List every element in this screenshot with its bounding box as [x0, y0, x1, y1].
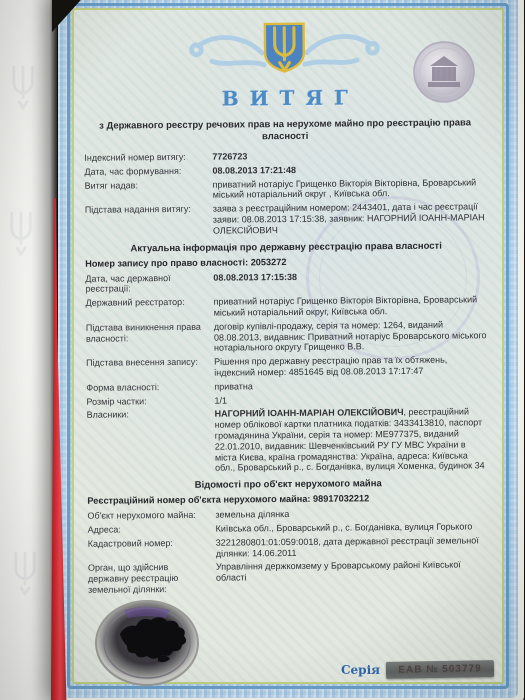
field-row-address: Адреса: Київська обл., Броварський р., с…	[88, 521, 490, 535]
field-row-property-object: Об'єкт нерухомого майна: земельна ділянк…	[87, 507, 489, 521]
watermark-trident-icon	[2, 62, 44, 110]
field-value: земельна ділянка	[215, 507, 489, 520]
field-value: 3221280801:01:059:0018, дата державної р…	[216, 535, 490, 559]
field-row-entry-basis: Підстава внесення запису: Рішення про де…	[86, 354, 488, 379]
field-value: приватний нотаріус Грищенко Вікторія Вік…	[213, 177, 487, 201]
field-row-formation-date: Дата, час формування: 08.08.2013 17:21:4…	[84, 163, 486, 177]
field-label: Підстава надання витягу:	[85, 204, 203, 237]
field-row-owners: Власники: НАГОРНИЙ ІОАНН-МАРІАН ОЛЕКСІЙО…	[87, 407, 490, 475]
field-value: Управління держкомзему у Броварському ра…	[216, 560, 490, 595]
field-label: Державний реєстратор:	[86, 297, 204, 320]
field-label: Орган, що здійснив державну реєстрацію з…	[88, 562, 206, 595]
field-label: Підстава виникнення права власності:	[86, 321, 204, 354]
series-foil-sticker: ЕАВ № 503779	[386, 660, 494, 679]
field-row-index-number: Індексний номер витягу: 7726723	[84, 149, 486, 163]
series-number-block: Серія ЕАВ № 503779	[341, 661, 494, 678]
field-label: Розмір частки:	[86, 395, 204, 407]
field-label: Кадастровий номер:	[88, 537, 206, 560]
field-row-cadastral-number: Кадастровий номер: 3221280801:01:059:001…	[88, 535, 490, 560]
field-row-share-size: Розмір частки: 1/1	[86, 393, 488, 407]
field-row-issued-by: Витяг надав: приватний нотаріус Грищенко…	[85, 177, 487, 202]
field-value: 1/1	[214, 393, 488, 406]
field-label: Адреса:	[88, 524, 206, 536]
photo-of-register-extract: ВИТЯГ з Державного реєстру речових прав …	[0, 0, 525, 700]
extract-document-page: ВИТЯГ з Державного реєстру речових прав …	[58, 0, 524, 700]
field-label: Форма власності:	[86, 381, 204, 393]
field-label: Індексний номер витягу:	[84, 152, 202, 164]
field-label: Витяг надав:	[85, 179, 203, 202]
field-value: Рішення про державну реєстрацію прав та …	[214, 354, 488, 378]
field-row-ownership-form: Форма власності: приватна	[86, 379, 488, 393]
field-value: НАГОРНИЙ ІОАНН-МАРІАН ОЛЕКСІЙОВИЧ, реєст…	[215, 407, 490, 474]
field-label: Підстава внесення запису:	[86, 357, 204, 380]
field-label: Дата, час формування:	[84, 166, 202, 178]
guilloche-border: ВИТЯГ з Державного реєстру речових прав …	[58, 0, 518, 698]
field-value: приватна	[214, 379, 488, 392]
section-header-property: Відомості про об'єкт нерухомого майна	[87, 477, 489, 492]
trident-emblem-icon	[179, 19, 390, 81]
document-subtitle: з Державного реєстру речових прав на нер…	[99, 117, 471, 144]
holographic-seal-icon	[412, 40, 476, 104]
field-label: Власники:	[87, 409, 206, 475]
field-value: 08.08.2013 17:21:48	[212, 163, 486, 176]
document-paper: ВИТЯГ з Державного реєстру речових прав …	[74, 10, 502, 682]
field-value: 7726723	[212, 149, 486, 162]
series-value: ЕАВ № 503779	[398, 663, 481, 675]
watermark-trident-icon	[4, 548, 46, 596]
owner-name: НАГОРНИЙ ІОАНН-МАРІАН ОЛЕКСІЙОВИЧ	[215, 407, 404, 419]
field-row-registering-authority: Орган, що здійснив державну реєстрацію з…	[88, 560, 490, 596]
field-value: Київська обл., Броварський р., с. Богдан…	[216, 521, 490, 534]
series-label: Серія	[341, 663, 380, 677]
watermark-trident-icon	[0, 208, 42, 256]
adjacent-book-page	[0, 0, 57, 700]
field-label: Дата, час державної реєстрації:	[85, 272, 203, 295]
ukraine-map-seal-icon	[94, 600, 200, 686]
property-registration-number: Реєстраційний номер об'єкта нерухомого м…	[87, 492, 489, 506]
faint-round-stamp-impression	[306, 196, 480, 360]
field-label: Об'єкт нерухомого майна:	[87, 510, 205, 522]
